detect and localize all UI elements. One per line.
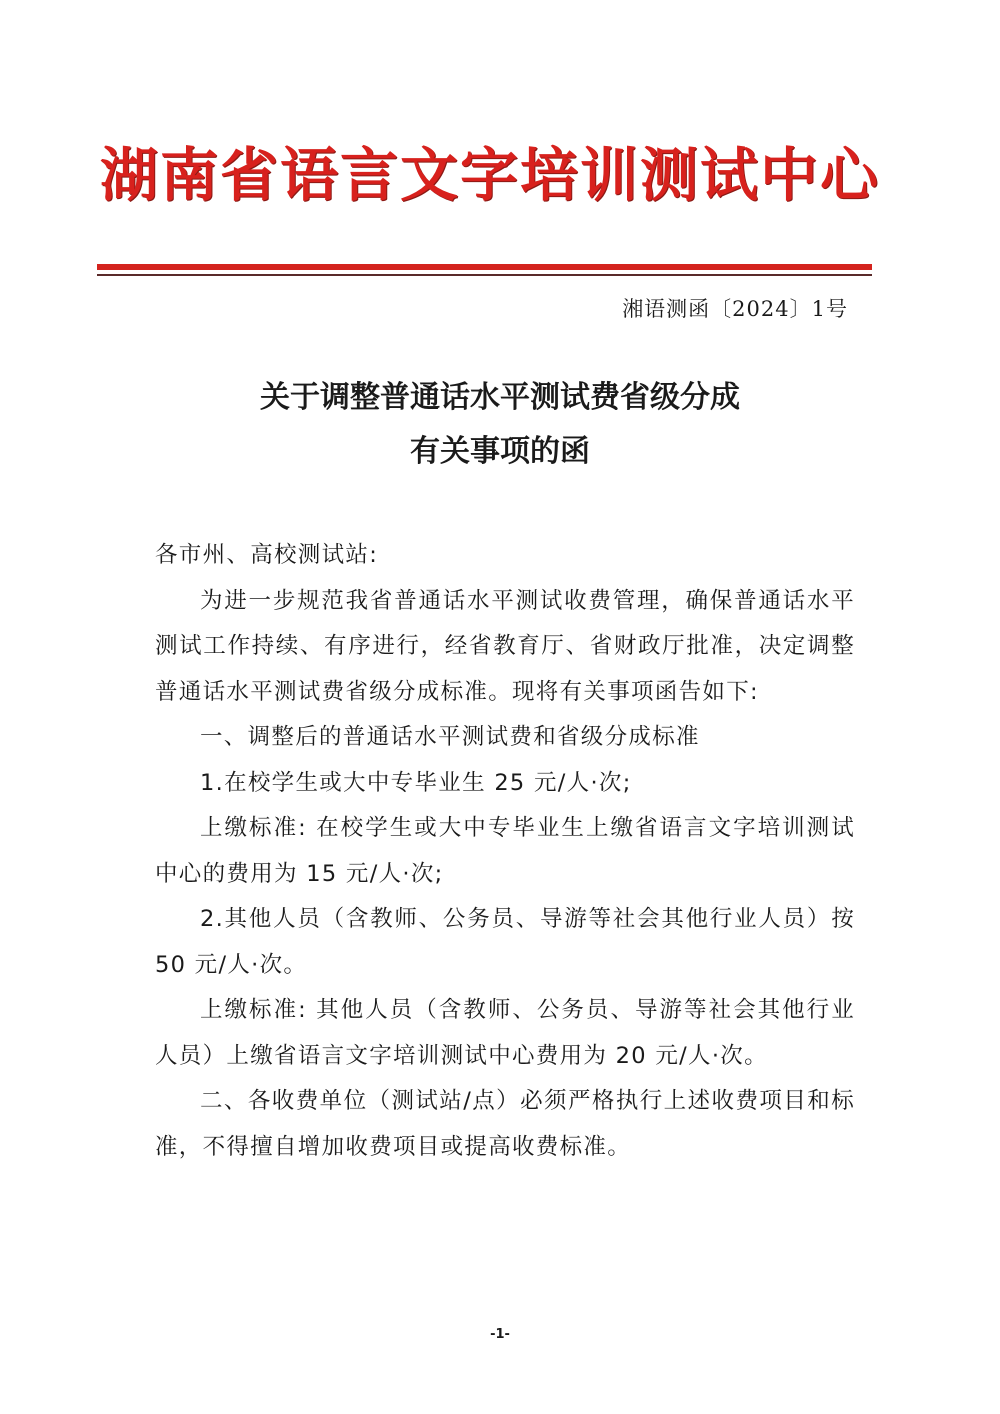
letterhead-red-rule [97,264,872,270]
document-body: 各市州、高校测试站: 为进一步规范我省普通话水平测试收费管理，确保普通话水平测试… [155,533,855,1170]
document-title-line-2: 有关事项的函 [150,428,850,476]
item-1-remittance: 上缴标准: 在校学生或大中专毕业生上缴省语言文字培训测试中心的费用为 15 元/… [155,806,855,897]
intro-paragraph: 为进一步规范我省普通话水平测试收费管理，确保普通话水平测试工作持续、有序进行，经… [155,579,855,716]
item-2-fee: 2.其他人员（含教师、公务员、导游等社会其他行业人员）按 50 元/人·次。 [155,897,855,988]
document-number: 湘语测函〔2024〕1号 [622,294,848,324]
item-1-fee: 1.在校学生或大中专毕业生 25 元/人·次; [155,761,855,807]
page-number: -1- [0,1327,1000,1342]
letterhead-thin-rule [97,274,872,276]
document-title-line-1: 关于调整普通话水平测试费省级分成 [150,374,850,422]
section-heading-2: 二、各收费单位（测试站/点）必须严格执行上述收费项目和标准，不得擅自增加收费项目… [155,1079,855,1170]
section-heading-1: 一、调整后的普通话水平测试费和省级分成标准 [155,715,855,761]
item-2-remittance: 上缴标准: 其他人员（含教师、公务员、导游等社会其他行业人员）上缴省语言文字培训… [155,988,855,1079]
organization-name: 湖南省语言文字培训测试中心 [100,135,880,215]
salutation: 各市州、高校测试站: [155,533,855,579]
